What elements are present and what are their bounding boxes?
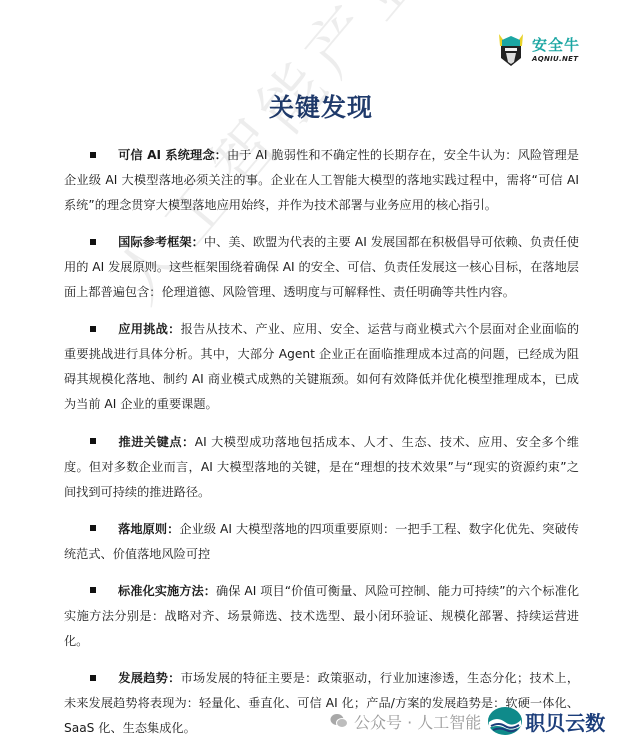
page-title: 关键发现 [0, 88, 642, 124]
viking-helmet-logo-icon [496, 32, 526, 68]
finding-item: 推进关键点：AI 大模型成功落地包括成本、人才、生态、技术、应用、安全多个维度。… [64, 430, 579, 505]
finding-title: 应用挑战： [118, 322, 181, 336]
square-bullet-icon [90, 587, 96, 593]
finding-title: 推进关键点： [118, 435, 195, 449]
square-bullet-icon [90, 525, 96, 531]
finding-title: 国际参考框架： [118, 235, 204, 249]
finding-item: 标准化实施方法：确保 AI 项目“价值可衡量、风险可控制、能力可持续”的六个标准… [64, 579, 579, 654]
wechat-icon [330, 713, 348, 729]
logo-en-text: AQNIU.NET [532, 54, 580, 64]
finding-title: 可信 AI 系统理念： [118, 148, 227, 162]
wechat-account: 公众号 · 人工智能 [330, 710, 481, 733]
square-bullet-icon [90, 326, 96, 332]
brand-name: 职贝云数 [525, 707, 605, 736]
square-bullet-icon [90, 239, 96, 245]
footer-watermark: 公众号 · 人工智能 职贝云数 [330, 706, 605, 736]
finding-item: 应用挑战：报告从技术、产业、应用、安全、运营与商业模式六个层面对企业面临的重要挑… [64, 317, 579, 417]
wechat-account-label: 公众号 · 人工智能 [354, 710, 481, 733]
logo-cn-text: 安全牛 [532, 37, 580, 54]
finding-item: 国际参考框架：中、美、欧盟为代表的主要 AI 发展国都在积极倡导可依赖、负责任使… [64, 230, 579, 305]
findings-list: 可信 AI 系统理念：由于 AI 脆弱性和不确定性的长期存在，安全牛认为：风险管… [64, 143, 579, 750]
anqiuniu-logo: 安全牛 AQNIU.NET [496, 30, 616, 70]
square-bullet-icon [90, 675, 96, 681]
finding-item: 落地原则：企业级 AI 大模型落地的四项重要原则：一把手工程、数字化优先、突破传… [64, 517, 579, 567]
finding-item: 可信 AI 系统理念：由于 AI 脆弱性和不确定性的长期存在，安全牛认为：风险管… [64, 143, 579, 218]
square-bullet-icon [90, 438, 96, 444]
finding-title: 标准化实施方法： [118, 584, 216, 598]
wave-globe-logo-icon [487, 706, 523, 736]
square-bullet-icon [90, 152, 96, 158]
finding-title: 落地原则： [118, 522, 179, 536]
brand-logo: 职贝云数 [487, 706, 605, 736]
finding-title: 发展趋势： [118, 671, 181, 685]
